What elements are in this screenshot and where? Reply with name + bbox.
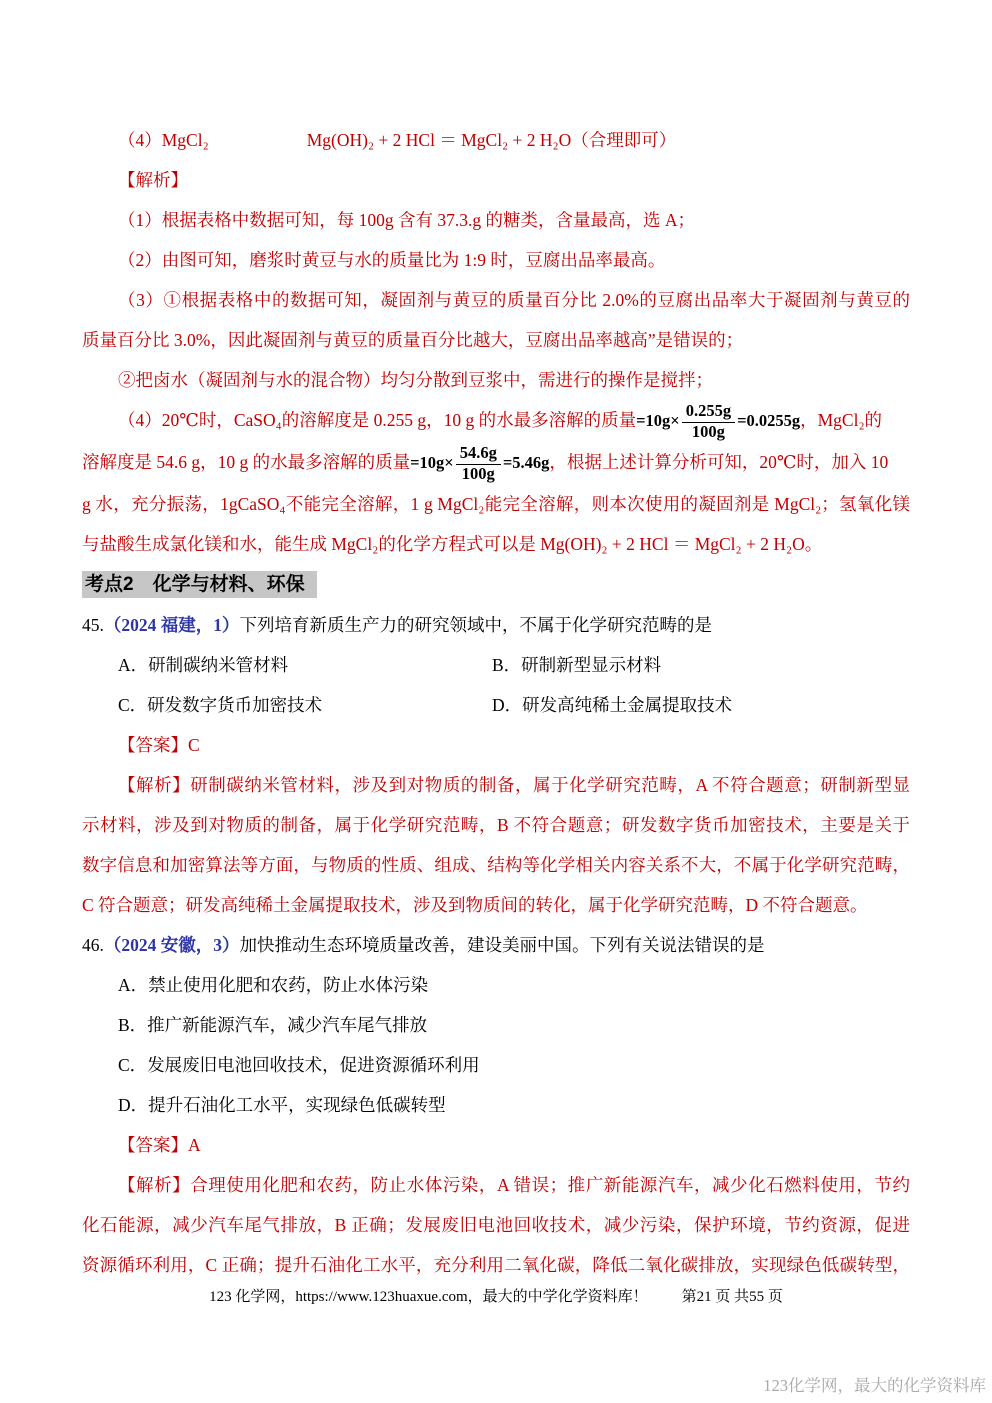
- solubility-text-2-cont: ，根据上述计算分析可知，20℃时，加入 10: [549, 452, 888, 472]
- solubility-text-cont: ，MgCl₂的: [800, 410, 882, 430]
- question-45-stem: 45.（2024 福建，1）下列培育新质生产力的研究领域中，不属于化学研究范畴的…: [82, 605, 910, 645]
- question44-solution: （4）MgCl₂Mg(OH)₂ + 2 HCl ＝ MgCl₂ + 2 H₂O（…: [82, 120, 910, 564]
- analysis-line-3: 数字信息和加密算法等方面，与物质的性质、组成、结构等化学相关内容关系不大，不属于…: [82, 845, 910, 885]
- options-row-1: A．研制碳纳米管材料B．研制新型显示材料: [82, 645, 910, 685]
- fraction-denominator: 100g: [682, 423, 735, 442]
- answer-value: C: [188, 735, 200, 755]
- analysis-line-4: C 符合题意；研发高纯稀土金属提取技术，涉及到物质间的转化，属于化学研究范畴，D…: [82, 885, 910, 925]
- solubility-text: （4）20℃时，CaSO₄的溶解度是 0.255 g，10 g 的水最多溶解的质…: [118, 410, 636, 430]
- document-page: （4）MgCl₂Mg(OH)₂ + 2 HCl ＝ MgCl₂ + 2 H₂O（…: [0, 0, 992, 1309]
- option-c: C．研发数字货币加密技术: [118, 685, 492, 725]
- answer-label: 【答案】: [118, 735, 188, 755]
- section-heading-line: 考点2 化学与材料、环保: [82, 564, 910, 605]
- question-source: （2024 福建，1）: [104, 615, 240, 635]
- option-d: D．提升石油化工水平，实现绿色低碳转型: [82, 1085, 910, 1125]
- answer-line: 【答案】A: [82, 1125, 910, 1165]
- question-45: 45.（2024 福建，1）下列培育新质生产力的研究领域中，不属于化学研究范畴的…: [82, 605, 910, 925]
- calculation-2: =10g×54.6g100g=5.46g: [410, 453, 549, 472]
- analysis-point-3-line3: ②把卤水（凝固剂与水的混合物）均匀分散到豆浆中，需进行的操作是搅拌；: [82, 360, 910, 400]
- fraction-numerator: 0.255g: [682, 402, 735, 423]
- answer-label: 【答案】: [118, 1135, 188, 1155]
- footer-site-text: 123 化学网，https://www.123huaxue.com，最大的中学化…: [209, 1289, 648, 1305]
- analysis-point-3-line2: 质量百分比 3.0%，因此凝固剂与黄豆的质量百分比越大，豆腐出品率越高”是错误的…: [82, 320, 910, 360]
- answer-line-4: （4）MgCl₂Mg(OH)₂ + 2 HCl ＝ MgCl₂ + 2 H₂O（…: [82, 120, 910, 160]
- equation-lhs: =10g×: [636, 411, 680, 430]
- option-a: A．研制碳纳米管材料: [118, 645, 492, 685]
- option-b: B．推广新能源汽车，减少汽车尾气排放: [82, 1005, 910, 1045]
- analysis-line-2: 示材料，涉及到对物质的制备，属于化学研究范畴，B 不符合题意；研发数字货币加密技…: [82, 805, 910, 845]
- option-c: C．发展废旧电池回收技术，促进资源循环利用: [82, 1045, 910, 1085]
- question-source: （2024 安徽，3）: [104, 935, 240, 955]
- analysis-label-line: 【解析】: [82, 160, 910, 200]
- section-heading: 考点2 化学与材料、环保: [82, 571, 317, 598]
- footer-page-number: 第21 页 共55 页: [682, 1289, 783, 1305]
- fraction-2: 54.6g100g: [454, 444, 503, 484]
- analysis-point-3-line1: （3）①根据表格中的数据可知，凝固剂与黄豆的质量百分比 2.0%的豆腐出品率大于…: [82, 280, 910, 320]
- equation-lhs: =10g×: [410, 453, 454, 472]
- option-b: B．研制新型显示材料: [492, 655, 661, 675]
- page-footer: 123 化学网，https://www.123huaxue.com，最大的中学化…: [82, 1285, 910, 1309]
- chemical-equation: Mg(OH)₂ + 2 HCl ＝ MgCl₂ + 2 H₂O（合理即可）: [307, 130, 677, 150]
- analysis-point-2: （2）由图可知，磨浆时黄豆与水的质量比为 1:9 时，豆腐出品率最高。: [82, 240, 910, 280]
- calculation-1: =10g×0.255g100g=0.0255g: [636, 411, 800, 430]
- equation-result: =5.46g: [503, 453, 550, 472]
- analysis-point-4-line3: g 水，充分振荡，1gCaSO₄不能完全溶解，1 g MgCl₂能完全溶解，则本…: [82, 484, 910, 524]
- analysis-text: 研制碳纳米管材料，涉及到对物质的制备，属于化学研究范畴，A 不符合题意；研制新型…: [190, 775, 910, 795]
- fraction-numerator: 54.6g: [456, 444, 501, 465]
- option-a: A．禁止使用化肥和农药，防止水体污染: [82, 965, 910, 1005]
- answer-value: A: [188, 1135, 201, 1155]
- options-row-2: C．研发数字货币加密技术D．研发高纯稀土金属提取技术: [82, 685, 910, 725]
- analysis-point-1: （1）根据表格中数据可知，每 100g 含有 37.3.g 的糖类，含量最高，选…: [82, 200, 910, 240]
- analysis-text: 合理使用化肥和农药，防止水体污染，A 错误；推广新能源汽车，减少化石燃料使用，节…: [190, 1175, 910, 1195]
- watermark-text: 123化学网，最大的化学资料库: [763, 1372, 986, 1396]
- analysis-label: 【解析】: [118, 775, 190, 795]
- equation-result: =0.0255g: [737, 411, 800, 430]
- fraction-denominator: 100g: [456, 465, 501, 484]
- analysis-point-4-line2: 溶解度是 54.6 g，10 g 的水最多溶解的质量=10g×54.6g100g…: [82, 442, 910, 484]
- analysis-label: 【解析】: [118, 1175, 190, 1195]
- answer-line: 【答案】C: [82, 725, 910, 765]
- analysis-point-4-line4: 与盐酸生成氯化镁和水，能生成 MgCl₂的化学方程式可以是 Mg(OH)₂ + …: [82, 524, 910, 564]
- option-d: D．研发高纯稀土金属提取技术: [492, 695, 732, 715]
- analysis-label: 【解析】: [118, 170, 188, 190]
- analysis-line-1: 【解析】研制碳纳米管材料，涉及到对物质的制备，属于化学研究范畴，A 不符合题意；…: [82, 765, 910, 805]
- question-number: 46.: [82, 935, 104, 955]
- analysis-point-4-line1: （4）20℃时，CaSO₄的溶解度是 0.255 g，10 g 的水最多溶解的质…: [82, 400, 910, 442]
- answer-4-value: （4）MgCl₂: [118, 130, 209, 150]
- question-text: 下列培育新质生产力的研究领域中，不属于化学研究范畴的是: [240, 615, 713, 635]
- question-number: 45.: [82, 615, 104, 635]
- analysis-line-2: 化石能源，减少汽车尾气排放，B 正确；发展废旧电池回收技术，减少污染，保护环境，…: [82, 1205, 910, 1245]
- fraction-1: 0.255g100g: [680, 402, 737, 442]
- analysis-line-3: 资源循环利用，C 正确；提升石油化工水平，充分利用二氧化碳，降低二氧化碳排放，实…: [82, 1245, 910, 1285]
- question-46: 46.（2024 安徽，3）加快推动生态环境质量改善，建设美丽中国。下列有关说法…: [82, 925, 910, 1285]
- question-text: 加快推动生态环境质量改善，建设美丽中国。下列有关说法错误的是: [240, 935, 765, 955]
- question-46-stem: 46.（2024 安徽，3）加快推动生态环境质量改善，建设美丽中国。下列有关说法…: [82, 925, 910, 965]
- solubility-text-2: 溶解度是 54.6 g，10 g 的水最多溶解的质量: [82, 452, 410, 472]
- analysis-line-1: 【解析】合理使用化肥和农药，防止水体污染，A 错误；推广新能源汽车，减少化石燃料…: [82, 1165, 910, 1205]
